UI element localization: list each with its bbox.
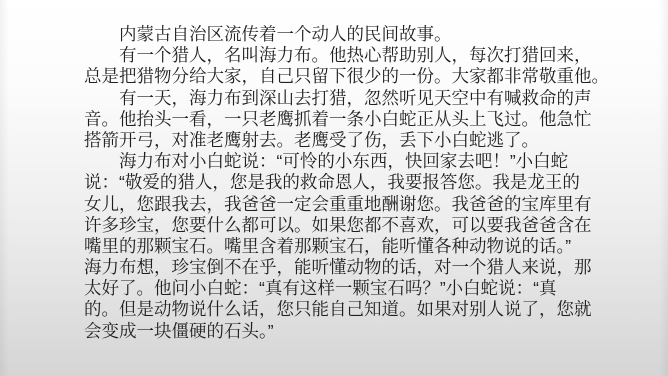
story-line: 海力布对小白蛇说：“可怜的小东西，快回家去吧！”小白蛇 [84, 151, 624, 172]
story-line: 音。他抬头一看，一只老鹰抓着一条小白蛇正从头上飞过。他急忙 [84, 109, 624, 130]
story-line: 会变成一块僵硬的石头。” [84, 321, 624, 342]
story-line: 的。但是动物说什么话，您只能自己知道。如果对别人说了，您就 [84, 299, 624, 320]
story-line: 说：“敬爱的猎人，您是我的救命恩人，我要报答您。我是龙王的 [84, 172, 624, 193]
story-line: 总是把猎物分给大家，自己只留下很少的一份。大家都非常敬重他。 [84, 66, 624, 87]
story-line: 海力布想，珍宝倒不在乎，能听懂动物的话，对一个猎人来说，那 [84, 257, 624, 278]
story-line: 女儿，您跟我去，我爸爸一定会重重地酬谢您。我爸爸的宝库里有 [84, 194, 624, 215]
story-line: 有一天，海力布到深山去打猎，忽然听见天空中有喊救命的声 [84, 88, 624, 109]
story-text-block: 内蒙古自治区流传着一个动人的民间故事。 有一个猎人，名叫海力布。他热心帮助别人，… [84, 24, 624, 342]
story-line: 有一个猎人，名叫海力布。他热心帮助别人，每次打猎回来， [84, 45, 624, 66]
story-line: 嘴里的那颗宝石。嘴里含着那颗宝石，能听懂各种动物说的话。” [84, 236, 624, 257]
slide-canvas: { "theme": { "background_top": "#ffffff"… [0, 0, 668, 376]
story-line: 太好了。他问小白蛇：“真有这样一颗宝石吗？”小白蛇说：“真 [84, 278, 624, 299]
story-line: 搭箭开弓，对准老鹰射去。老鹰受了伤，丢下小白蛇逃了。 [84, 130, 624, 151]
slide-background: 内蒙古自治区流传着一个动人的民间故事。 有一个猎人，名叫海力布。他热心帮助别人，… [0, 0, 668, 376]
story-line: 许多珍宝，您要什么都可以。如果您都不喜欢，可以要我爸爸含在 [84, 215, 624, 236]
story-line: 内蒙古自治区流传着一个动人的民间故事。 [84, 24, 624, 45]
